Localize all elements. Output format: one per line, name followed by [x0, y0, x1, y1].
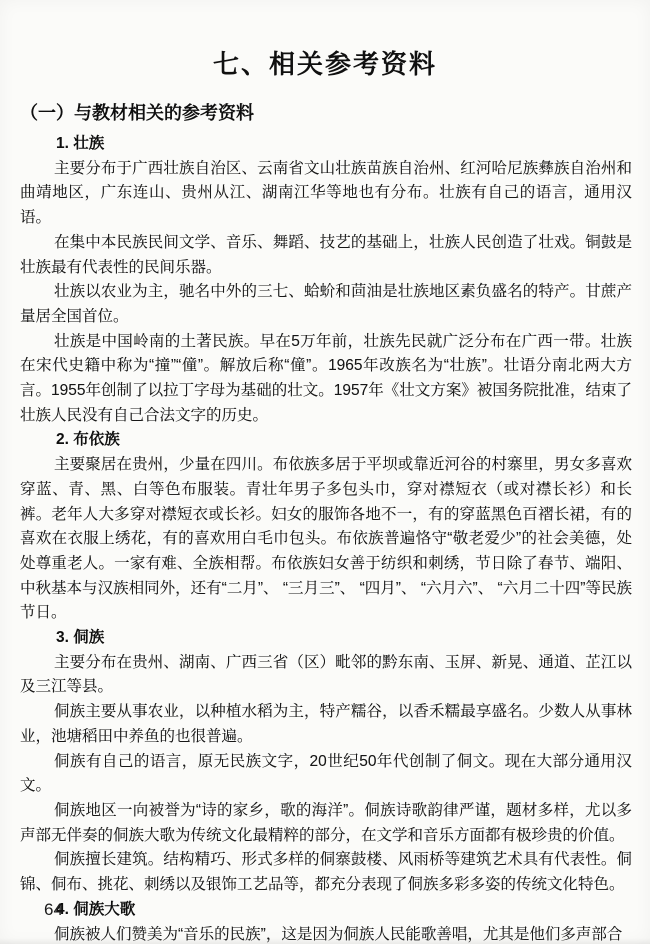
paragraph: 侗族主要从事农业，以种植水稻为主，特产糯谷，以香禾糯最享盛名。少数人从事林业，池…	[20, 700, 632, 749]
paragraph: 主要分布于广西壮族自治区、云南省文山壮族苗族自治州、红河哈尼族彝族自治州和曲靖地…	[20, 157, 632, 231]
section-heading: （一）与教材相关的参考资料	[20, 100, 632, 126]
paragraph: 侗族有自己的语言，原无民族文字，20世纪50年代创制了侗文。现在大部分通用汉文。	[20, 750, 632, 799]
page-title: 七、相关参考资料	[0, 0, 650, 81]
subsection-heading-dongge: 4. 侗族大歌	[20, 898, 632, 923]
paragraph: 主要分布在贵州、湖南、广西三省（区）毗邻的黔东南、玉屏、新晃、通道、芷江以及三江…	[20, 651, 632, 700]
subsection-buyi: 2. 布依族 主要聚居在贵州，少量在四川。布依族多居于平坝或靠近河谷的村寨里，男…	[20, 428, 632, 626]
subsection-heading-buyi: 2. 布依族	[20, 428, 632, 453]
scanned-document-page: 七、相关参考资料 （一）与教材相关的参考资料 1. 壮族 主要分布于广西壮族自治…	[0, 0, 650, 944]
subsection-dong: 3. 侗族 主要分布在贵州、湖南、广西三省（区）毗邻的黔东南、玉屏、新晃、通道、…	[20, 626, 632, 898]
paragraph: 主要聚居在贵州，少量在四川。布依族多居于平坝或靠近河谷的村寨里，男女多喜欢穿蓝、…	[20, 453, 632, 626]
subsection-zhuang: 1. 壮族 主要分布于广西壮族自治区、云南省文山壮族苗族自治州、红河哈尼族彝族自…	[20, 132, 632, 428]
page-content: （一）与教材相关的参考资料 1. 壮族 主要分布于广西壮族自治区、云南省文山壮族…	[20, 100, 632, 944]
subsection-heading-dong: 3. 侗族	[20, 626, 632, 651]
paragraph: 侗族擅长建筑。结构精巧、形式多样的侗寨鼓楼、风雨桥等建筑艺术具有代表性。侗锦、侗…	[20, 848, 632, 897]
subsection-heading-zhuang: 1. 壮族	[20, 132, 632, 157]
paragraph: 侗族地区一向被誉为“诗的家乡，歌的海洋”。侗族诗歌韵律严谨，题材多样，尤以多声部…	[20, 799, 632, 848]
subsection-dongge: 4. 侗族大歌 侗族被人们赞美为“音乐的民族”，这是因为侗族人民能歌善唱，尤其是…	[20, 898, 632, 944]
page-number: 64	[44, 900, 63, 920]
paragraph: 壮族是中国岭南的土著民族。早在5万年前，壮族先民就广泛分布在广西一带。壮族在宋代…	[20, 330, 632, 429]
paragraph: 壮族以农业为主，驰名中外的三七、蛤蚧和茴油是壮族地区素负盛名的特产。甘蔗产量居全…	[20, 280, 632, 329]
paragraph: 在集中本民族民间文学、音乐、舞蹈、技艺的基础上，壮族人民创造了壮戏。铜鼓是壮族最…	[20, 231, 632, 280]
paragraph: 侗族被人们赞美为“音乐的民族”，这是因为侗族人民能歌善唱，尤其是他们多声部合	[20, 923, 632, 944]
